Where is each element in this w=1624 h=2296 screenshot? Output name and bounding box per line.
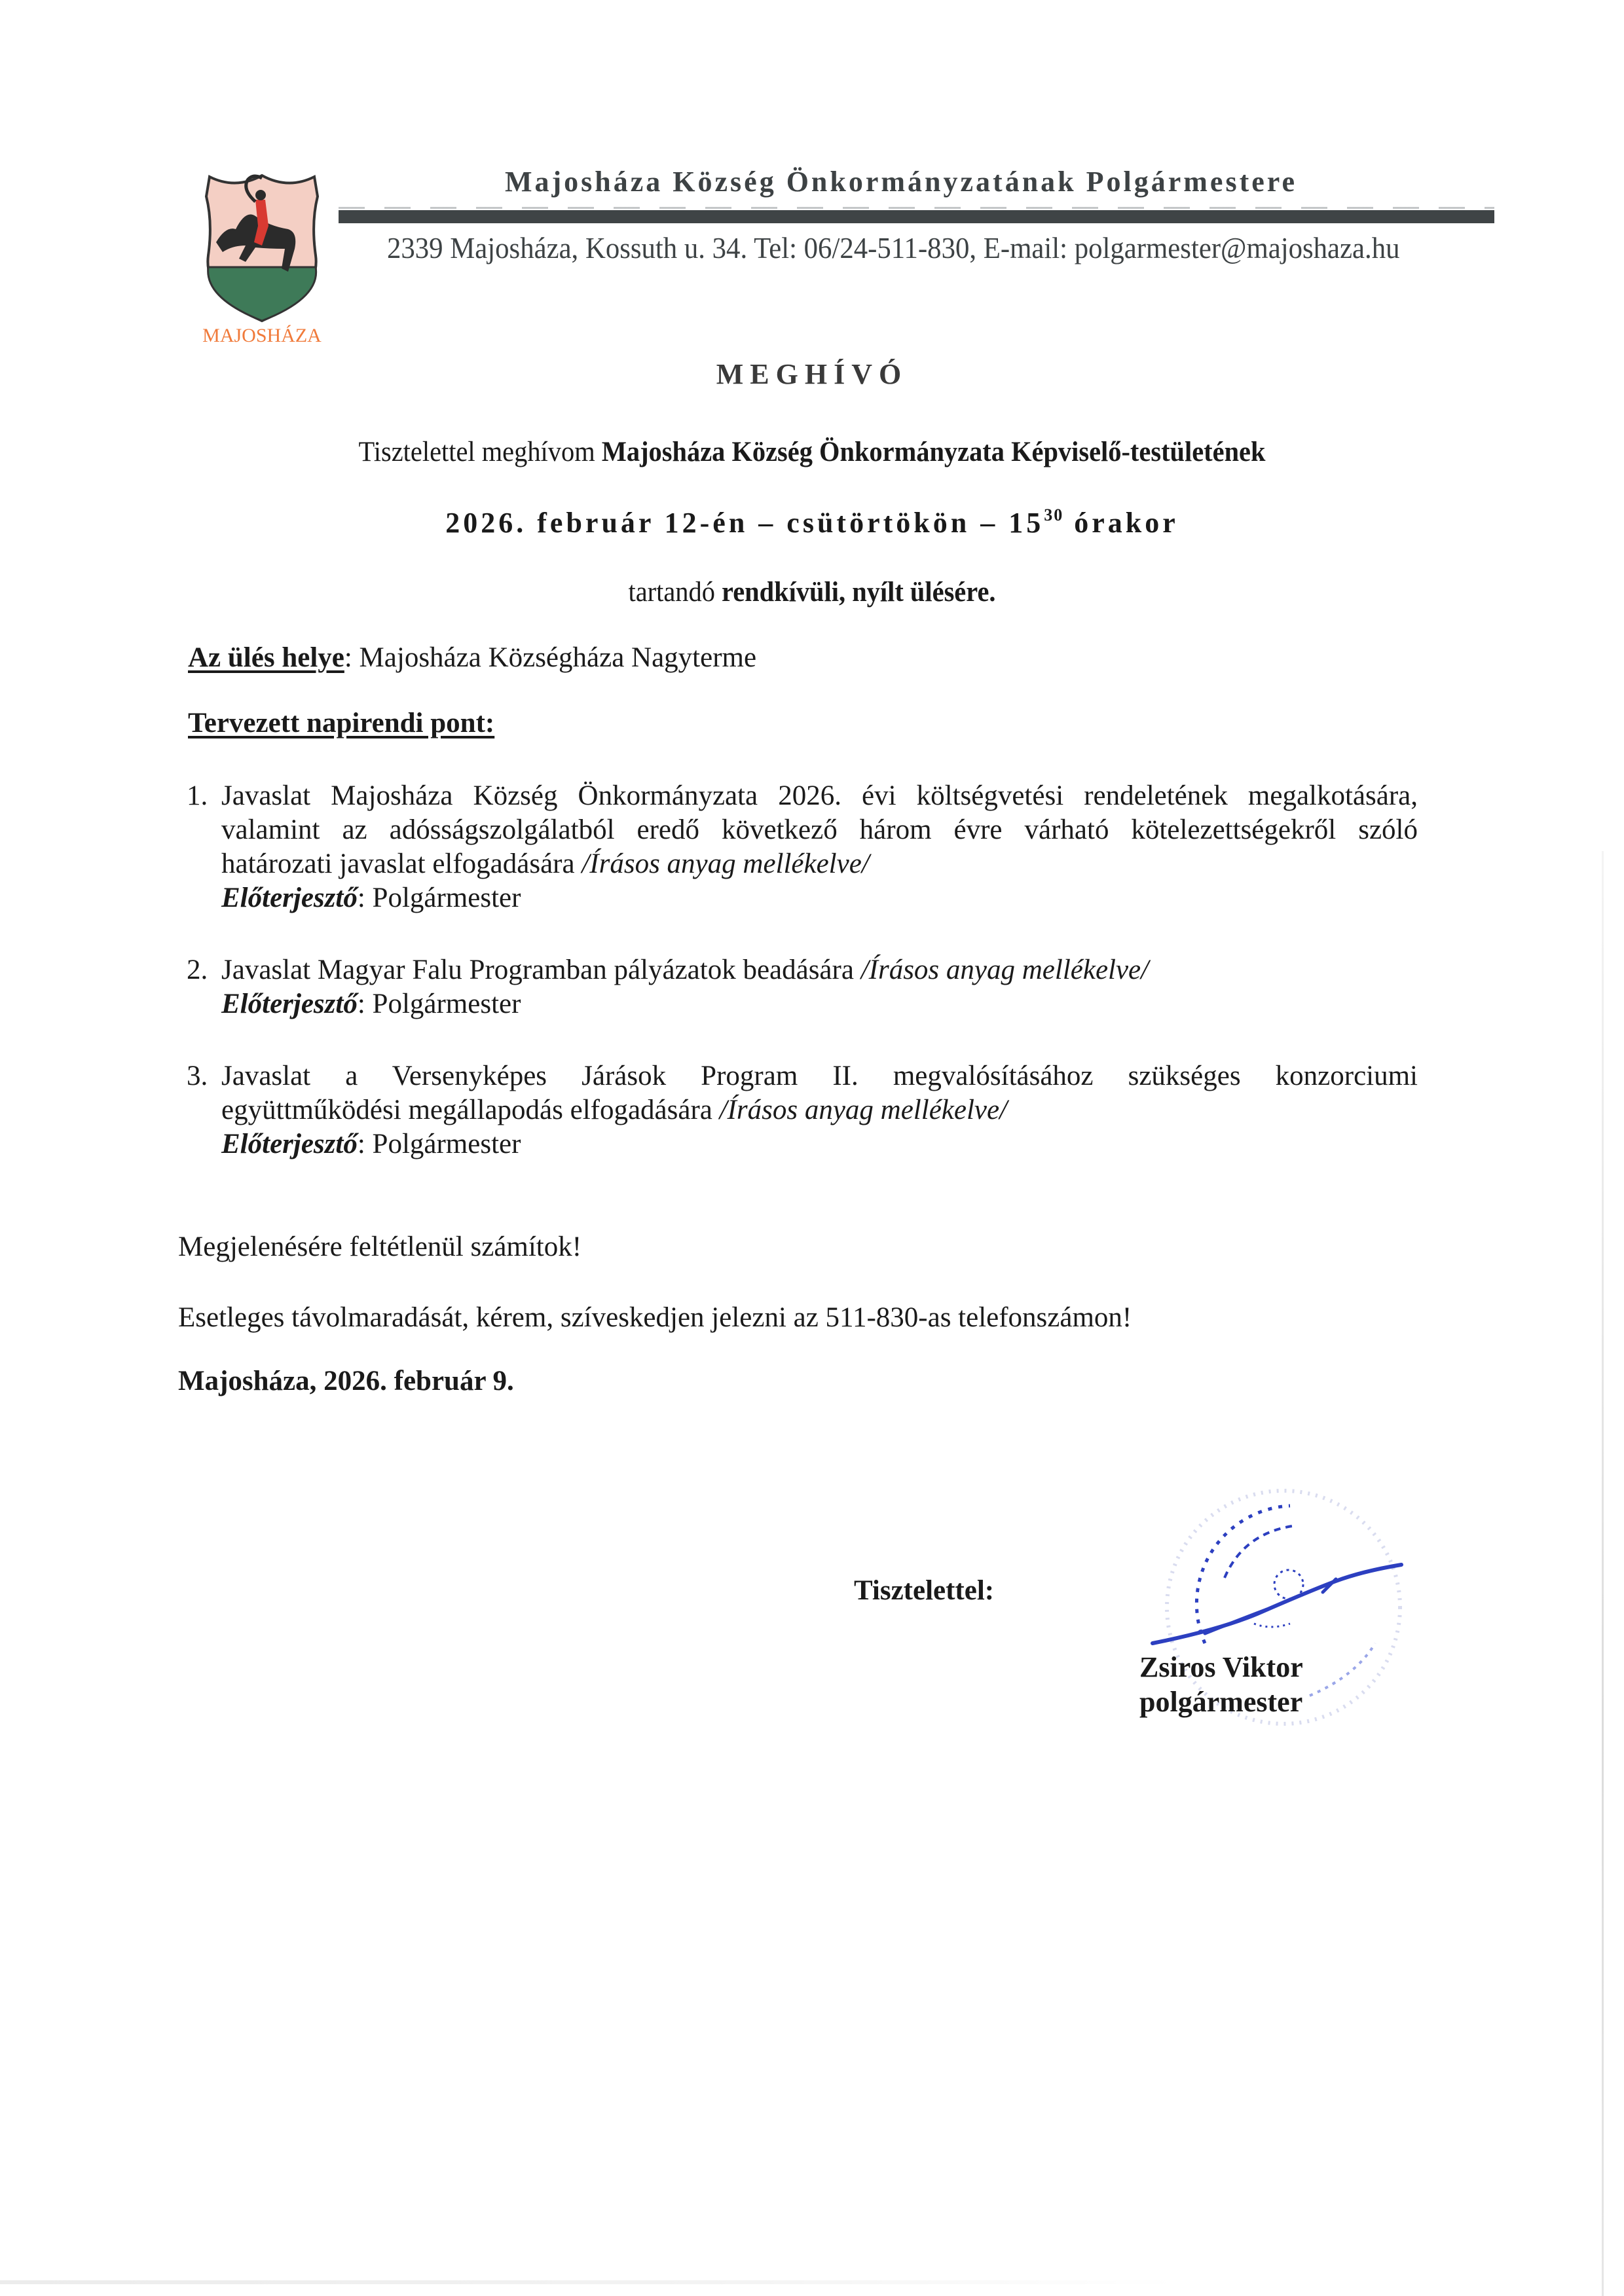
agenda-item-text: határozati javaslat elfogadására <box>221 848 581 879</box>
closing-absence-notice: Esetleges távolmaradását, kérem, szívesk… <box>178 1302 1132 1334</box>
attachment-note: /Írásos anyag mellékelve/ <box>720 1095 1007 1125</box>
regards-label: Tisztelettel: <box>854 1575 994 1607</box>
intro-body-name: Majosháza Község Önkormányzata Képviselő… <box>602 437 1266 467</box>
presenter-line: Előterjesztő: Polgármester <box>221 1127 1418 1161</box>
presenter-value: : Polgármester <box>358 1129 521 1159</box>
agenda-item-2: 2. Javaslat Magyar Falu Programban pályá… <box>187 953 1418 1025</box>
session-plain: tartandó <box>628 577 722 608</box>
agenda-item-text: együttműködési megállapodás elfogadására <box>221 1095 720 1125</box>
signer-name: Zsiros Viktor <box>1139 1650 1303 1685</box>
presenter-value: : Polgármester <box>358 883 521 913</box>
svg-text:MAJOSHÁZA: MAJOSHÁZA <box>202 325 322 346</box>
agenda-item-3: 3. Javaslat a Versenyképes Járások Progr… <box>187 1059 1418 1164</box>
presenter-label: Előterjesztő <box>221 883 358 913</box>
agenda-item-text: Javaslat Magyar Falu Programban pályázat… <box>221 955 861 985</box>
agenda-item-line: Javaslat Majosháza Község Önkormányzata … <box>221 779 1418 813</box>
agenda-item-line: Javaslat a Versenyképes Járások Program … <box>221 1059 1418 1093</box>
agenda-item-1: 1. Javaslat Majosháza Község Önkormányza… <box>187 779 1418 917</box>
signer-title: polgármester <box>1139 1685 1303 1719</box>
scan-edge-horizontal <box>0 2280 1179 2284</box>
coat-of-arms-icon: MAJOSHÁZA <box>190 164 334 347</box>
scan-edge-vertical <box>1602 851 1604 2296</box>
agenda-item-line: határozati javaslat elfogadására /Írásos… <box>221 847 1418 881</box>
agenda-item-line: Javaslat Magyar Falu Programban pályázat… <box>221 953 1418 987</box>
agenda-item-number: 2. <box>187 953 208 987</box>
presenter-label: Előterjesztő <box>221 1129 358 1159</box>
signer-block: Zsiros Viktor polgármester <box>1139 1650 1303 1719</box>
letterhead-rule-texture <box>339 207 1494 209</box>
attachment-note: /Írásos anyag mellékelve/ <box>581 848 869 879</box>
presenter-value: : Polgármester <box>358 989 521 1019</box>
place-value: : Majosháza Községháza Nagyterme <box>344 642 756 673</box>
letterhead-title: Majosháza Község Önkormányzatának Polgár… <box>505 165 1297 198</box>
invitation-intro: Tisztelettel meghívom Majosháza Község Ö… <box>48 436 1575 468</box>
document-title: MEGHÍVÓ <box>0 357 1624 391</box>
agenda-item-line: együttműködési megállapodás elfogadására… <box>221 1093 1418 1127</box>
session-type: tartandó rendkívüli, nyílt ülésére. <box>48 576 1575 608</box>
agenda-item-line: valamint az adósságszolgálatból eredő kö… <box>221 813 1418 847</box>
meeting-minutes: 30 <box>1044 505 1063 524</box>
coat-of-arms-logo: MAJOSHÁZA <box>190 164 334 347</box>
letterhead-address: 2339 Majosháza, Kossuth u. 34. Tel: 06/2… <box>387 230 1399 265</box>
letterhead-rule <box>339 210 1494 223</box>
place-and-date: Majosháza, 2026. február 9. <box>178 1365 514 1397</box>
presenter-label: Előterjesztő <box>221 989 358 1019</box>
meeting-datetime: 2026. február 12-én – csütörtökön – 1530… <box>0 505 1624 539</box>
place-label: Az ülés helye <box>188 642 344 673</box>
meeting-time-suffix: órakor <box>1063 507 1179 539</box>
agenda-item-number: 1. <box>187 779 208 813</box>
presenter-line: Előterjesztő: Polgármester <box>221 881 1418 915</box>
agenda-item-number: 3. <box>187 1059 208 1093</box>
agenda-heading: Tervezett napirendi pont: <box>188 707 494 739</box>
meeting-date: 2026. február 12-én – csütörtökön – 15 <box>445 507 1044 539</box>
closing-expectation: Megjelenésére feltétlenül számítok! <box>178 1231 581 1263</box>
attachment-note: /Írásos anyag mellékelve/ <box>861 955 1149 985</box>
intro-plain: Tisztelettel meghívom <box>358 437 601 467</box>
meeting-place: Az ülés helye: Majosháza Községháza Nagy… <box>188 642 756 674</box>
presenter-line: Előterjesztő: Polgármester <box>221 987 1418 1021</box>
session-kind: rendkívüli, nyílt ülésére. <box>722 577 995 608</box>
